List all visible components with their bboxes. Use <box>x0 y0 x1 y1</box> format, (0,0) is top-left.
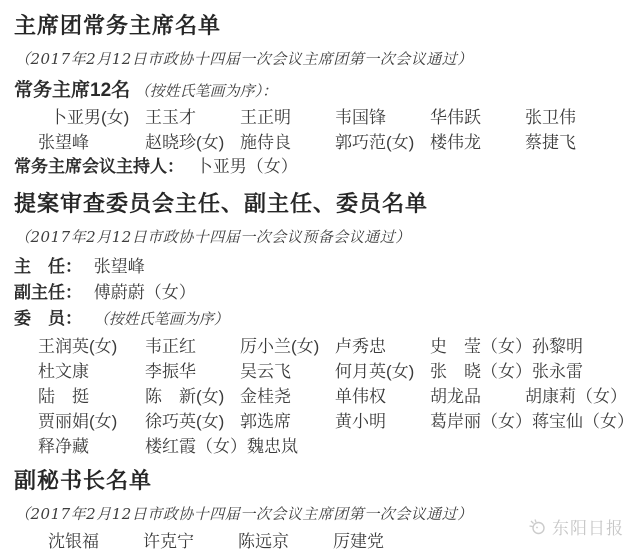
person-name: 魏忠岚 <box>247 434 342 459</box>
members-name-table: 王润英(女) 韦正红 厉小兰(女) 卢秀忠 史 莹（女） 孙黎明 杜文康 李振华… <box>0 334 640 459</box>
person-name: 王润英(女) <box>38 334 145 359</box>
members-name-row: 陆 挺 陈 新(女) 金桂尧 单伟权 胡龙品 胡康莉（女） <box>38 384 640 409</box>
person-name: 沈银福 <box>48 529 143 549</box>
publisher-name: 东阳日报 <box>552 514 624 539</box>
presidium-count-label: 常务主席12名 <box>14 80 130 101</box>
person-name: 释净藏 <box>38 434 145 459</box>
person-name: 蒋宝仙（女） <box>532 409 634 434</box>
members-label: 委 员： <box>14 309 82 328</box>
deputy-director-line: 副主任： 傅蔚蔚（女） <box>14 280 640 306</box>
presidium-sort-note: （按姓氏笔画为序）： <box>135 82 278 100</box>
person-name: 何月英(女) <box>335 359 430 384</box>
person-name: 卜亚男(女) <box>50 105 145 130</box>
presidium-date-note: （2017年2月12日市政协十四届一次会议主席团第一次会议通过） <box>15 50 640 68</box>
presidium-section-title: 主席团常务主席名单 <box>14 0 640 40</box>
person-name: 贾丽娟(女) <box>38 409 145 434</box>
presidium-name-table: 卜亚男(女) 王玉才 王正明 韦国锋 华伟跃 张卫伟 张望峰 赵晓珍(女) 施侍… <box>0 105 640 155</box>
person-name: 杜文康 <box>38 359 145 384</box>
person-name: 张望峰 <box>38 130 145 155</box>
person-name: 胡康莉（女） <box>525 384 627 409</box>
person-name: 卢秀忠 <box>335 334 430 359</box>
presidium-name-row: 张望峰 赵晓珍(女) 施侍良 郭巧范(女) 楼伟龙 蔡捷飞 <box>38 130 640 155</box>
members-name-row: 释净藏 楼红霞（女） 魏忠岚 <box>38 434 640 459</box>
presidium-host-name: 卜亚男（女） <box>196 157 298 176</box>
proposal-officers: 主 任： 张望峰 副主任： 傅蔚蔚（女） 委 员： （按姓氏笔画为序） <box>0 254 640 332</box>
person-name: 金桂尧 <box>240 384 335 409</box>
person-name: 胡龙品 <box>430 384 525 409</box>
proposal-section-title: 提案审查委员会主任、副主任、委员名单 <box>14 190 640 218</box>
person-name: 李振华 <box>145 359 240 384</box>
person-name: 许克宁 <box>143 529 238 549</box>
person-name: 史 莹（女） <box>430 334 532 359</box>
article-page: 主席团常务主席名单 （2017年2月12日市政协十四届一次会议主席团第一次会议通… <box>0 0 640 549</box>
person-name: 张永雷 <box>532 359 627 384</box>
person-name: 葛岸丽（女） <box>430 409 532 434</box>
members-header-line: 委 员： （按姓氏笔画为序） <box>14 306 640 332</box>
person-name: 郭选席 <box>240 409 335 434</box>
person-name: 施侍良 <box>240 130 335 155</box>
proposal-date-note: （2017年2月12日市政协十四届一次会议预备会议通过） <box>15 228 640 246</box>
person-name: 楼伟龙 <box>430 130 525 155</box>
members-sort-note: （按姓氏笔画为序） <box>94 310 229 328</box>
director-name: 张望峰 <box>94 257 145 276</box>
person-name: 厉建党 <box>333 529 428 549</box>
sun-logo-icon <box>527 517 547 537</box>
deputy-director-label: 副主任： <box>14 283 82 302</box>
person-name: 徐巧英(女) <box>145 409 240 434</box>
deputy-sg-section-title: 副秘书长名单 <box>14 467 640 495</box>
person-name: 孙黎明 <box>532 334 627 359</box>
person-name: 单伟权 <box>335 384 430 409</box>
members-name-row: 贾丽娟(女) 徐巧英(女) 郭选席 黄小明 葛岸丽（女） 蒋宝仙（女） <box>38 409 640 434</box>
person-name: 韦正红 <box>145 334 240 359</box>
person-name: 黄小明 <box>335 409 430 434</box>
presidium-host-label: 常务主席会议主持人： <box>14 157 184 176</box>
director-label: 主 任： <box>14 257 82 276</box>
person-name: 厉小兰(女) <box>240 334 335 359</box>
deputy-director-name: 傅蔚蔚（女） <box>94 283 196 302</box>
director-line: 主 任： 张望峰 <box>14 254 640 280</box>
person-name: 楼红霞（女） <box>145 434 247 459</box>
person-name: 郭巧范(女) <box>335 130 430 155</box>
person-name: 陆 挺 <box>38 384 145 409</box>
publisher-watermark: 东阳日报 <box>527 514 624 539</box>
presidium-host-line: 常务主席会议主持人： 卜亚男（女） <box>14 157 640 177</box>
person-name: 陈 新(女) <box>145 384 240 409</box>
person-name: 赵晓珍(女) <box>145 130 240 155</box>
presidium-name-row: 卜亚男(女) 王玉才 王正明 韦国锋 华伟跃 张卫伟 <box>50 105 640 130</box>
person-name: 张卫伟 <box>525 105 620 130</box>
members-name-row: 王润英(女) 韦正红 厉小兰(女) 卢秀忠 史 莹（女） 孙黎明 <box>38 334 640 359</box>
person-name: 陈远京 <box>238 529 333 549</box>
presidium-count-line: 常务主席12名 （按姓氏笔画为序）： <box>14 80 640 103</box>
person-name: 华伟跃 <box>430 105 525 130</box>
person-name: 王玉才 <box>145 105 240 130</box>
person-name: 张 晓（女） <box>430 359 532 384</box>
person-name: 王正明 <box>240 105 335 130</box>
person-name: 吴云飞 <box>240 359 335 384</box>
person-name: 蔡捷飞 <box>525 130 620 155</box>
person-name: 韦国锋 <box>335 105 430 130</box>
members-name-row: 杜文康 李振华 吴云飞 何月英(女) 张 晓（女） 张永雷 <box>38 359 640 384</box>
